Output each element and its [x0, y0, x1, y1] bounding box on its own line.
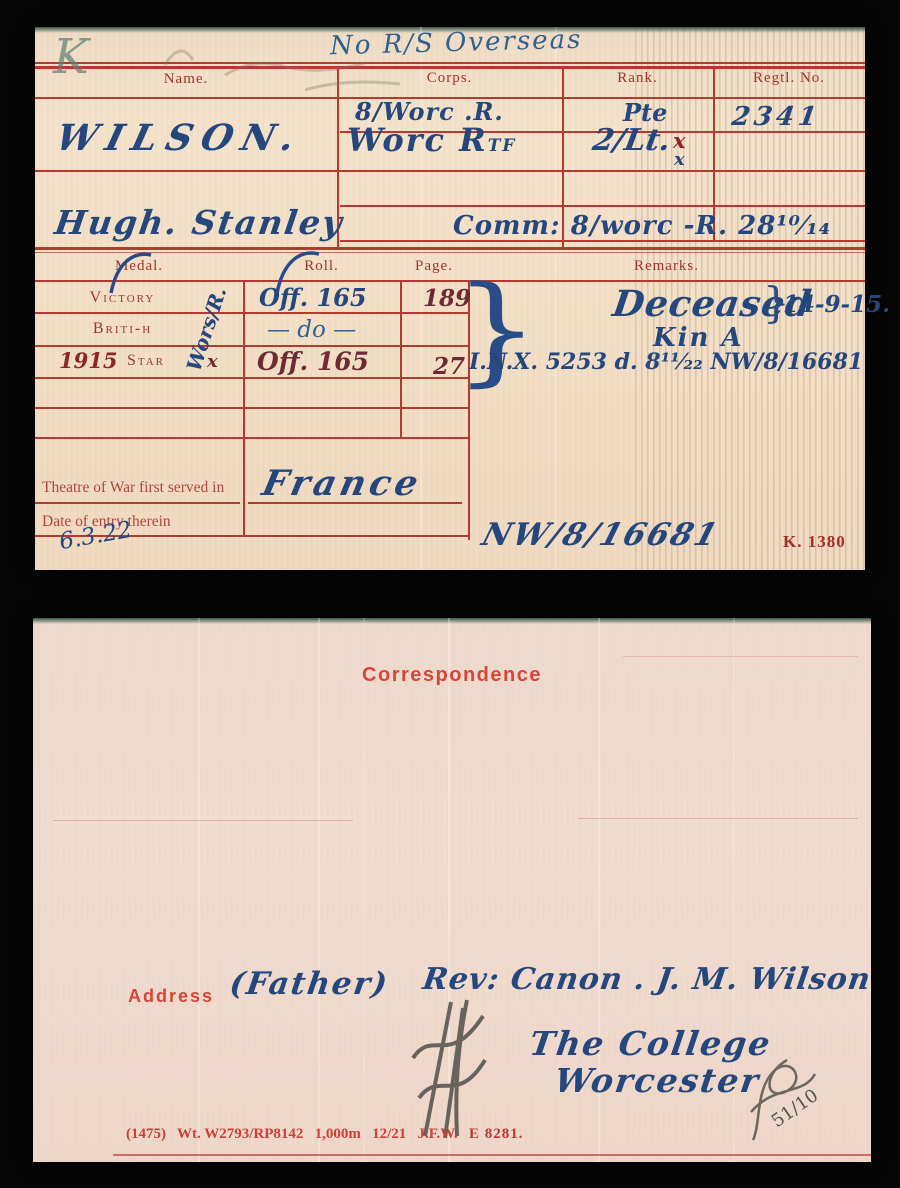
grid-line: [35, 312, 468, 314]
medal-row3-label: Star: [111, 352, 181, 370]
corps-entry-2-suffix: TF: [488, 136, 517, 156]
remarks-death-date: 14-9-15.: [783, 291, 890, 318]
faint-line: [623, 656, 858, 657]
regtl-no-entry: 2341: [730, 102, 823, 132]
rank-mark-blue: x: [674, 149, 685, 170]
card-crease: [198, 618, 200, 1162]
grid-line: [35, 437, 468, 439]
reference-number: NW/8/16681: [478, 517, 724, 553]
commission-note: Comm: 8/worc -R. 28¹⁰⁄₁₄: [453, 211, 831, 241]
remarks-index-ref: I.N.X. 5253 d. 8¹¹⁄₂₂ NW/8/16681: [469, 349, 863, 375]
column-header-rank: Rank.: [562, 70, 713, 87]
forenames-entry: Hugh. Stanley: [52, 203, 346, 242]
theatre-entry: France: [259, 463, 426, 504]
correspondence-title: Correspondence: [302, 664, 602, 687]
roll-row2-entry: — do —: [267, 317, 356, 343]
corps-entry-2: Worc RTF: [347, 121, 516, 159]
pencil-sorting-mark: K: [53, 29, 89, 85]
printers-imprint: (1475) Wt. W2793/RP8142 1,000m 12/21 J.F…: [126, 1126, 523, 1143]
column-header-regtl-no: Regtl. No.: [713, 70, 865, 87]
bottom-edge-line: [113, 1154, 871, 1156]
form-number: K. 1380: [783, 532, 846, 552]
grid-line: [35, 502, 240, 504]
surname-entry: WILSON.: [52, 117, 309, 159]
address-relation: (Father): [227, 966, 391, 1002]
pencil-scribble: [405, 998, 490, 1140]
card-crease: [363, 618, 365, 1162]
faint-line: [578, 818, 858, 819]
grid-line: [35, 170, 865, 172]
star-mark: x: [207, 351, 218, 372]
medal-index-card-front: Name. Corps. Rank. Regtl. No. K No R/S O…: [35, 27, 865, 570]
grid-line: [400, 280, 402, 437]
grid-line: [35, 280, 865, 282]
grid-line: [35, 377, 468, 379]
medal-row1-label: Victory: [35, 289, 210, 307]
medal-index-card-back: Correspondence Address (Father) Rev: Can…: [33, 618, 871, 1162]
address-line-2: The College: [527, 1024, 774, 1063]
pencil-scribbles: [155, 35, 415, 90]
grid-line: [243, 280, 245, 535]
grid-line: [35, 345, 468, 347]
card-crease: [318, 618, 320, 1162]
print-form-number: E 8281.: [469, 1126, 524, 1142]
grid-line: [340, 205, 865, 207]
grid-line: [35, 247, 865, 250]
address-label: Address: [128, 986, 214, 1007]
address-line-3: Worcester: [552, 1061, 763, 1100]
medal-row3-year: 1915: [59, 348, 117, 373]
grid-line: [35, 252, 865, 253]
address-line-1: Rev: Canon . J. M. Wilson: [421, 962, 874, 997]
theatre-label: Theatre of War first served in: [42, 479, 224, 497]
faint-line: [53, 820, 353, 821]
roll-row1-entry: Off. 165: [259, 283, 367, 312]
grid-line: [35, 407, 468, 409]
medal-row2-label: Briti-h: [35, 320, 210, 338]
card-edge-shadow: [33, 618, 871, 624]
rank-entry-2: 2/Lt.: [590, 123, 673, 158]
roll-row3-entry: Off. 165: [257, 347, 369, 376]
card-crease: [555, 27, 557, 570]
scanned-document: Name. Corps. Rank. Regtl. No. K No R/S O…: [0, 0, 900, 1188]
